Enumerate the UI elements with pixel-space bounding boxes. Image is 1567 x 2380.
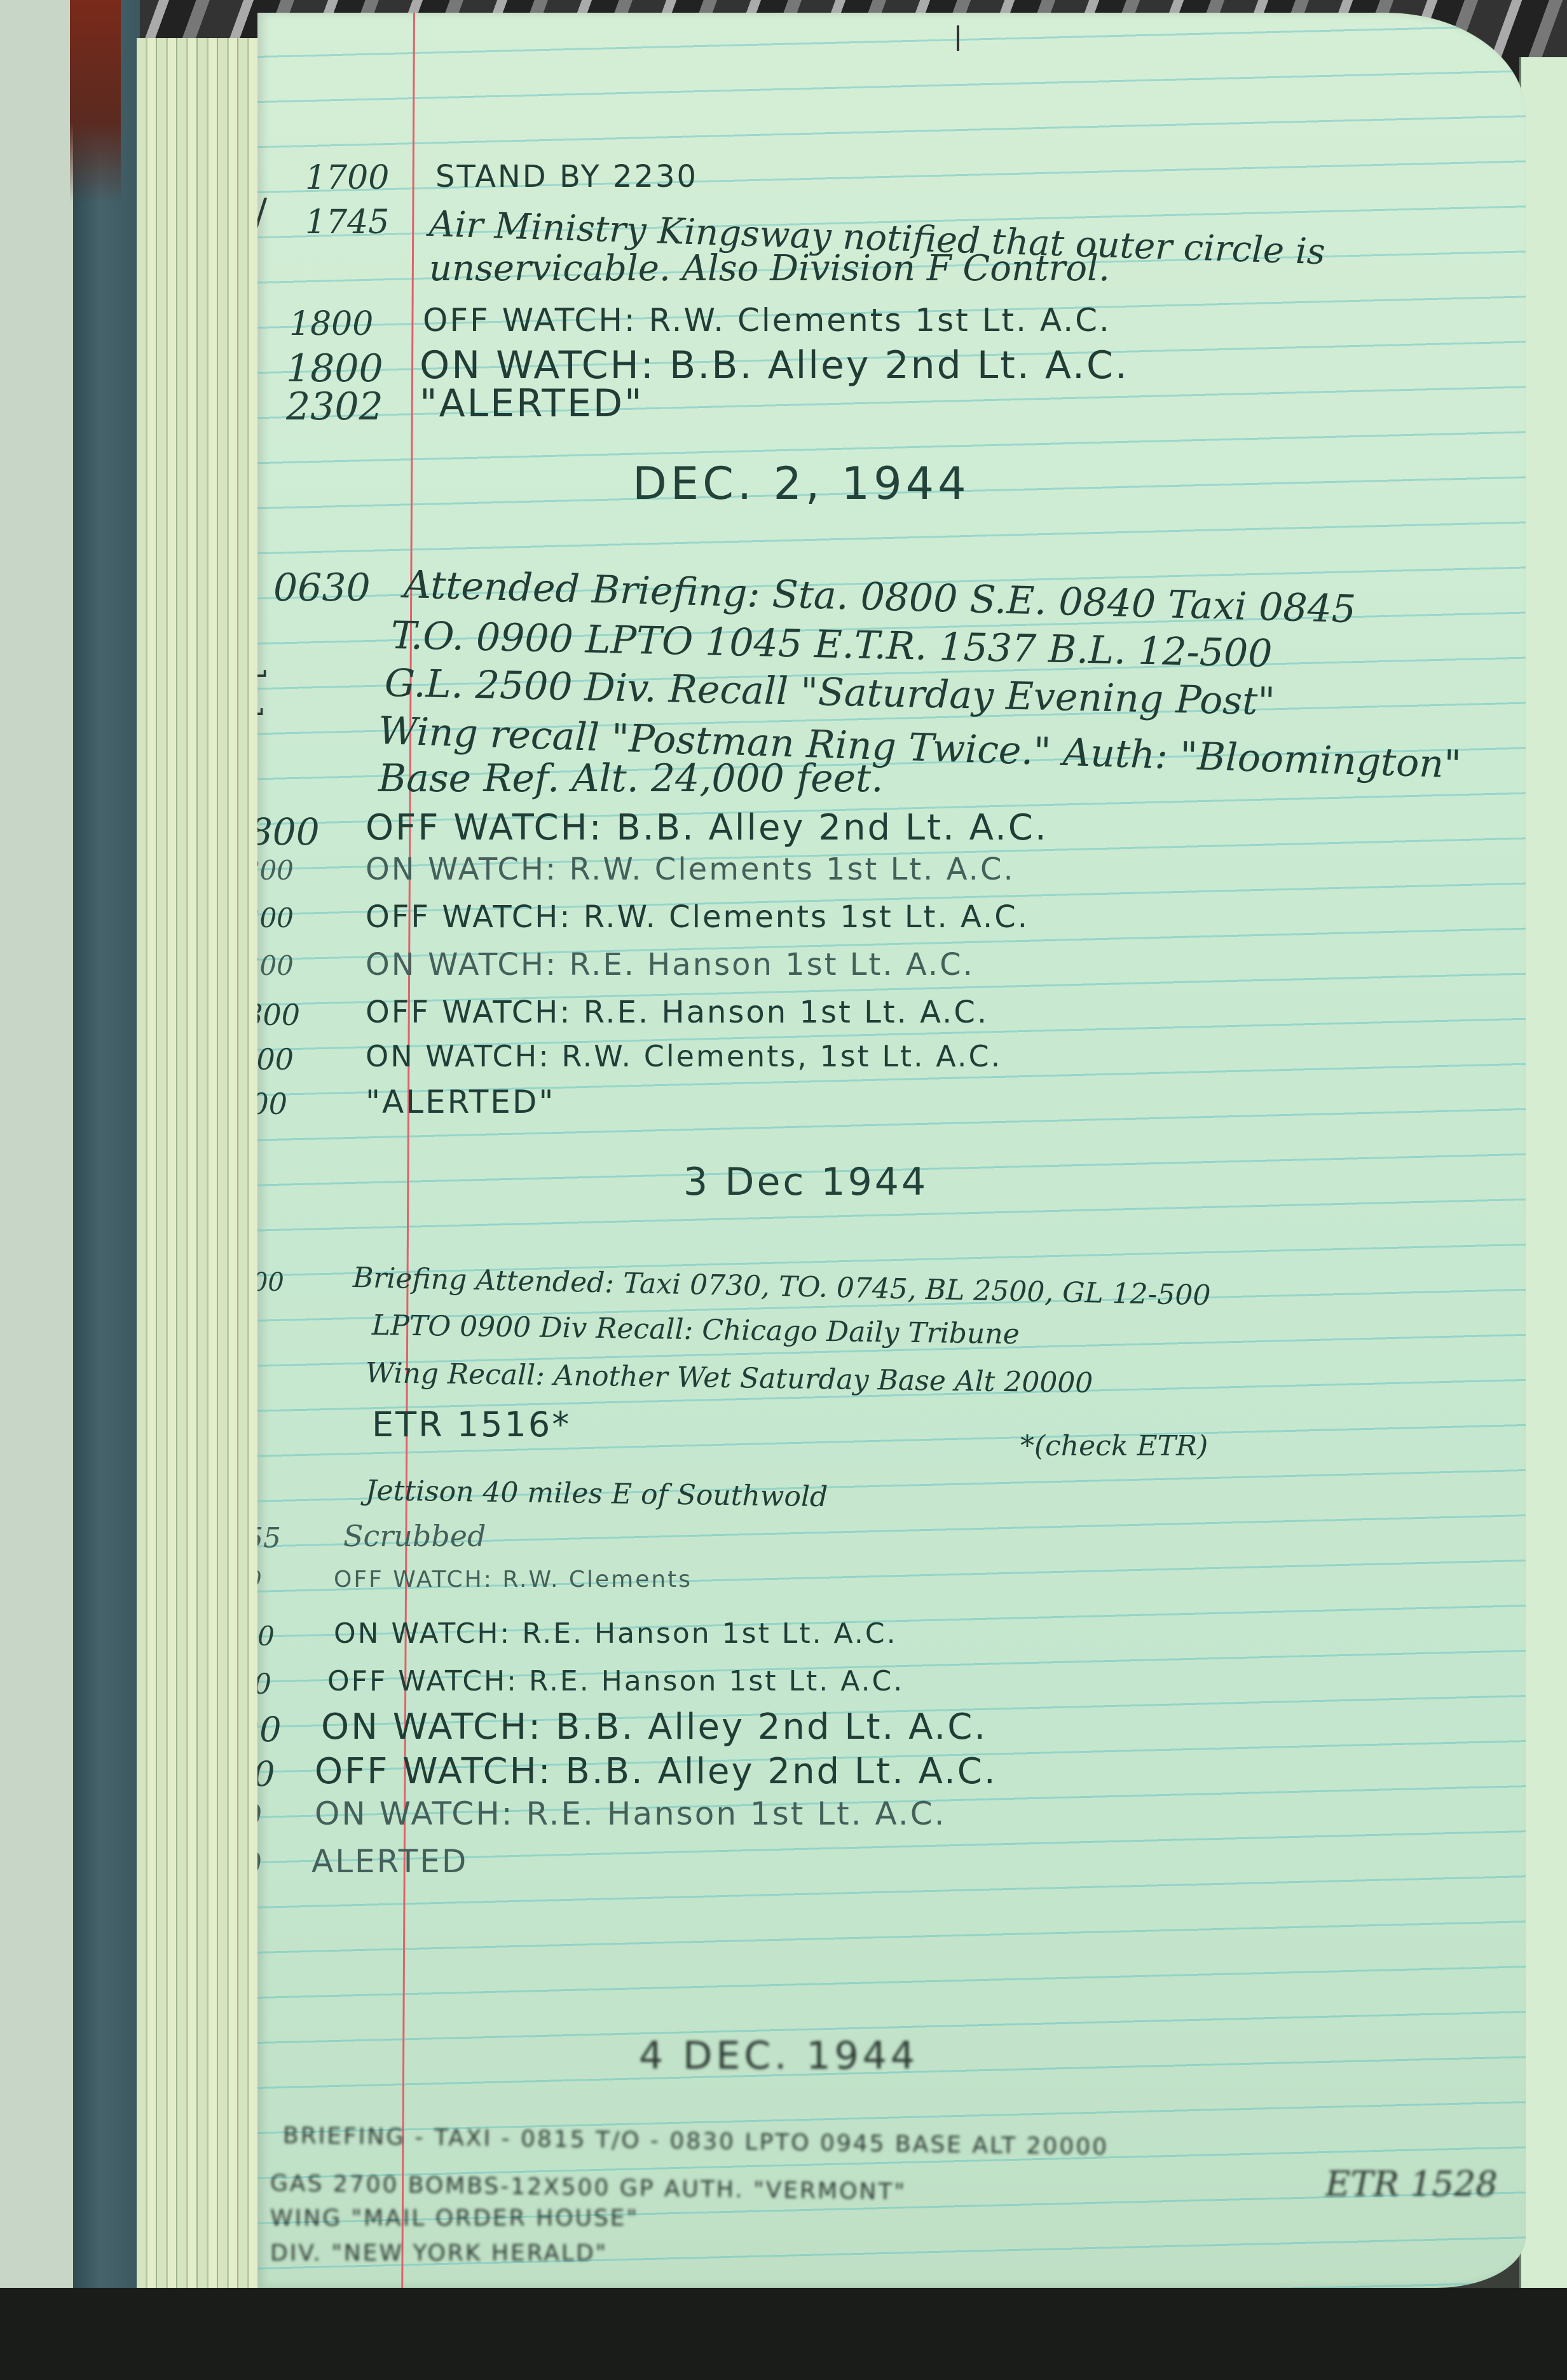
entry-text: OFF WATCH: R.W. Clements 1st Lt. A.C.: [423, 302, 1111, 339]
background-wall: [0, 0, 83, 2380]
entry-text: ON WATCH: B.B. Alley 2nd Lt. A.C.: [321, 1706, 987, 1748]
entry-text: unservicable. Also Division F Control.: [429, 248, 1110, 289]
entry-time: 0800: [257, 1621, 275, 1652]
entry-text: "ALERTED": [366, 1084, 555, 1120]
entry-text: OFF WATCH: B.B. Alley 2nd Lt. A.C.: [366, 807, 1048, 848]
entry-time: 1850: [257, 1846, 262, 1883]
entry-time: 1800: [257, 1087, 287, 1121]
date-heading: 4 DEC. 1944: [639, 2034, 919, 2078]
entry-text: Jettison 40 miles E of Southwold: [366, 1474, 828, 1513]
entry-time: 0655: [257, 1522, 281, 1554]
adjacent-page-edge: [1519, 57, 1567, 2288]
entry-time: 0800: [257, 810, 320, 853]
entry-time: 0630: [273, 566, 371, 610]
date-heading: DEC. 2, 1944: [633, 458, 970, 510]
entry-text: ETR 1516*: [372, 1404, 571, 1445]
entry-text: ON WATCH: R.W. Clements, 1st Lt. A.C.: [366, 1039, 1002, 1073]
entry-time: 1700: [305, 159, 389, 197]
date-heading: 3 Dec 1944: [683, 1160, 928, 1204]
entry-text: WING "MAIL ORDER HOUSE": [270, 2205, 639, 2231]
entry-time: 0800: [257, 855, 294, 886]
entry-time: 1800: [289, 305, 373, 343]
entry-note: *(check ETR): [1020, 1430, 1208, 1462]
entry-text: Base Ref. Alt. 24,000 feet.: [378, 756, 883, 801]
entry-time: 1800: [257, 1042, 294, 1077]
entry-text: ON WATCH: R.E. Hanson 1st Lt. A.C.: [334, 1617, 898, 1650]
entry-time: 0500: [257, 1268, 284, 1297]
entry-time: 1745: [305, 203, 389, 241]
page-mark: [957, 25, 959, 51]
entry-text: ON WATCH: R.E. Hanson 1st Lt. A.C.: [315, 1795, 947, 1832]
page-edges: [137, 38, 264, 2301]
entry-time: 1200: [257, 950, 294, 981]
entry-time: 1800: [257, 1799, 262, 1834]
entry-text: ON WATCH: R.E. Hanson 1st Lt. A.C.: [366, 947, 975, 983]
entry-text: OFF WATCH: R.W. Clements: [334, 1567, 692, 1593]
margin-tick-mark: L: [257, 680, 264, 724]
entry-text: STAND BY 2230: [435, 159, 698, 194]
entry-text: DIV. "NEW YORK HERALD": [270, 2240, 608, 2266]
entry-text: OFF WATCH: B.B. Alley 2nd Lt. A.C.: [315, 1751, 997, 1792]
book-cover-spine: [73, 0, 140, 2320]
logbook-page: / / / L L 1700 STAND BY 2230 1745 Air Mi…: [257, 13, 1526, 2288]
book-corner-leather: [70, 0, 121, 203]
entry-text: "ALERTED": [420, 381, 644, 426]
entry-text: OFF WATCH: R.E. Hanson 1st Lt. A.C.: [327, 1665, 904, 1697]
entry-time: 1800: [257, 998, 300, 1032]
background-table: [0, 2288, 1567, 2380]
margin-tick-mark: /: [257, 191, 267, 235]
entry-text: Scrubbed: [343, 1519, 486, 1553]
entry-time: 0800: [257, 1567, 262, 1592]
entry-note: ETR 1528: [1325, 2164, 1498, 2204]
entry-text: OFF WATCH: R.E. Hanson 1st Lt. A.C.: [366, 995, 989, 1030]
entry-time: 1800: [257, 1754, 275, 1794]
entry-time: 1200: [257, 1710, 281, 1750]
entry-text: ON WATCH: R.W. Clements 1st Lt. A.C.: [366, 852, 1015, 887]
entry-time: 2302: [286, 384, 383, 429]
entry-time: 1200: [257, 1668, 271, 1701]
entry-text: ALERTED: [311, 1843, 468, 1880]
entry-time: 1200: [257, 902, 294, 934]
entry-text: OFF WATCH: R.W. Clements 1st Lt. A.C.: [366, 899, 1029, 935]
